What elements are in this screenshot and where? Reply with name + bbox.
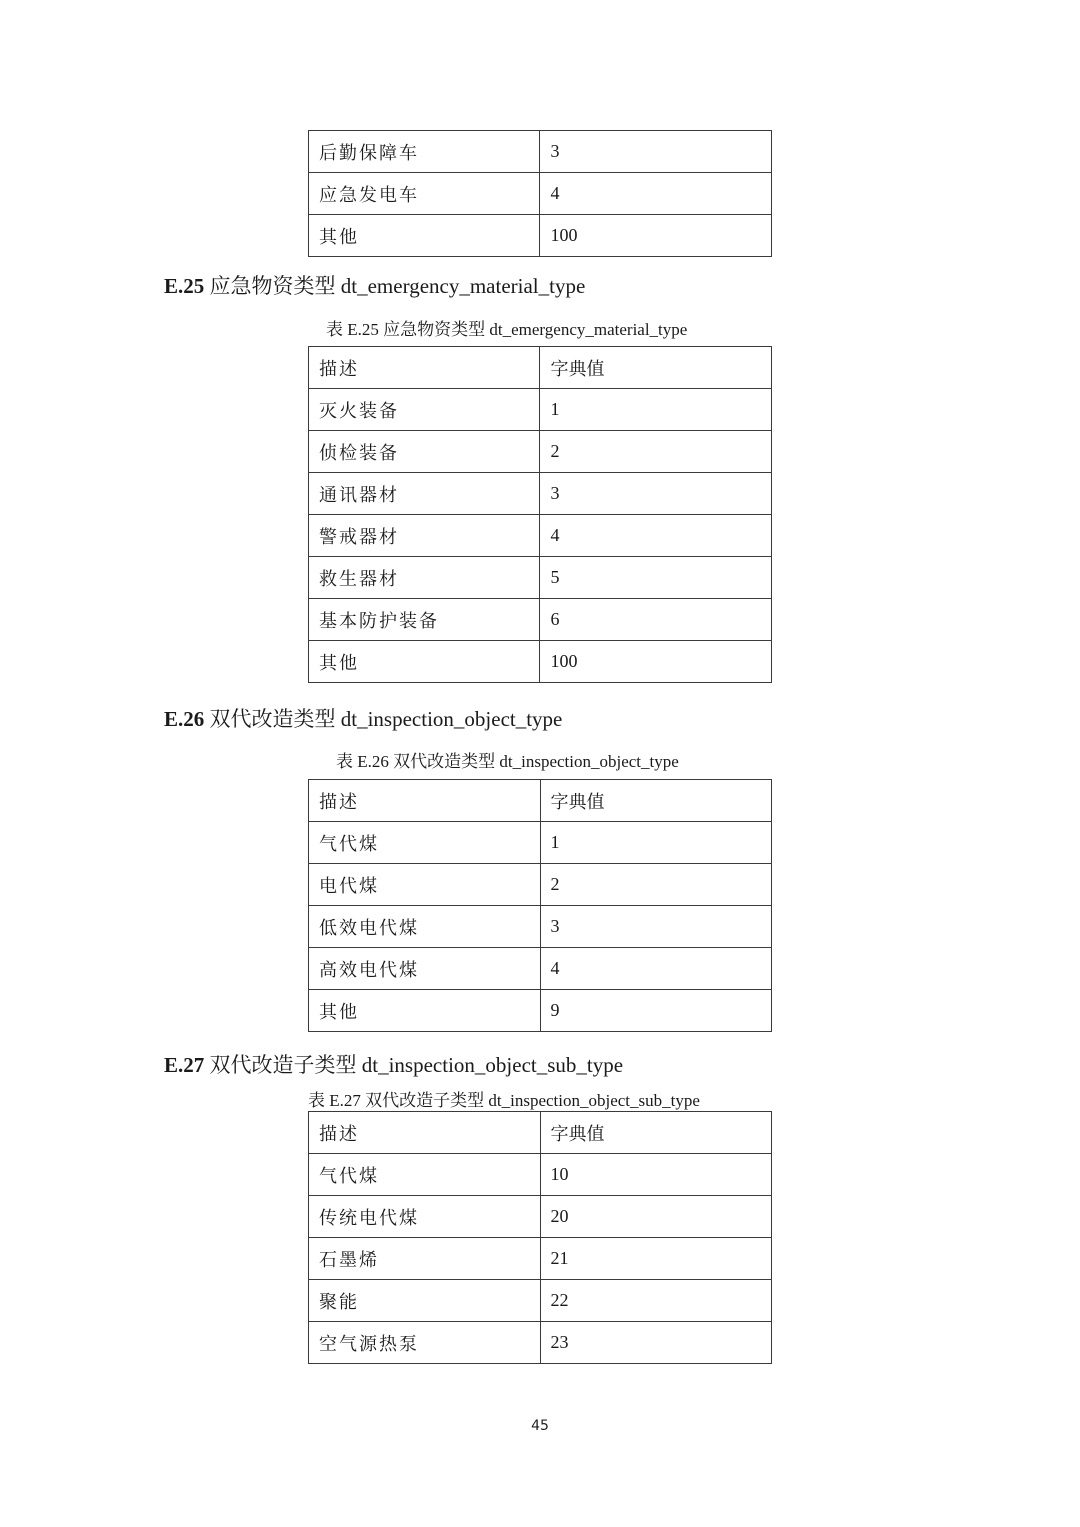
cell-value: 4 — [540, 515, 772, 557]
continued-table: 后勤保障车3 应急发电车4 其他100 — [308, 130, 772, 257]
cell-value: 100 — [540, 215, 772, 257]
table-row: 其他9 — [309, 990, 772, 1032]
table-header-row: 描述字典值 — [309, 780, 772, 822]
cell-value: 21 — [540, 1238, 772, 1280]
cell-desc: 警戒器材 — [309, 515, 540, 557]
table-row: 聚能22 — [309, 1280, 772, 1322]
cell-desc: 救生器材 — [309, 557, 540, 599]
cell-desc: 传统电代煤 — [309, 1196, 541, 1238]
cell-desc: 电代煤 — [309, 864, 541, 906]
section-heading-e25: E.25 应急物资类型 dt_emergency_material_type — [164, 270, 585, 300]
page-number: 45 — [0, 1418, 1080, 1434]
table-row: 气代煤10 — [309, 1154, 772, 1196]
cell-desc: 应急发电车 — [309, 173, 540, 215]
cell-value: 1 — [540, 822, 772, 864]
table-row: 高效电代煤4 — [309, 948, 772, 990]
table-row: 低效电代煤3 — [309, 906, 772, 948]
table-row: 石墨烯21 — [309, 1238, 772, 1280]
cell-desc: 高效电代煤 — [309, 948, 541, 990]
section-title: 应急物资类型 dt_emergency_material_type — [210, 274, 586, 298]
table-row: 气代煤1 — [309, 822, 772, 864]
cell-value: 2 — [540, 431, 772, 473]
header-value: 字典值 — [540, 780, 772, 822]
table-caption-e27: 表 E.27 双代改造子类型 dt_inspection_object_sub_… — [308, 1086, 700, 1111]
cell-value: 20 — [540, 1196, 772, 1238]
cell-value: 3 — [540, 906, 772, 948]
cell-desc: 低效电代煤 — [309, 906, 541, 948]
cell-desc: 气代煤 — [309, 1154, 541, 1196]
table-row: 应急发电车4 — [309, 173, 772, 215]
cell-desc: 气代煤 — [309, 822, 541, 864]
cell-value: 9 — [540, 990, 772, 1032]
cell-value: 100 — [540, 641, 772, 683]
table-row: 后勤保障车3 — [309, 131, 772, 173]
section-number: E.27 — [164, 1053, 204, 1077]
table-row: 传统电代煤20 — [309, 1196, 772, 1238]
header-desc: 描述 — [309, 1112, 541, 1154]
header-value: 字典值 — [540, 347, 772, 389]
cell-desc: 空气源热泵 — [309, 1322, 541, 1364]
cell-value: 4 — [540, 173, 772, 215]
cell-desc: 其他 — [309, 641, 540, 683]
cell-desc: 灭火装备 — [309, 389, 540, 431]
table-row: 基本防护装备6 — [309, 599, 772, 641]
table-row: 电代煤2 — [309, 864, 772, 906]
cell-value: 3 — [540, 473, 772, 515]
header-desc: 描述 — [309, 347, 540, 389]
table-e27: 描述字典值 气代煤10 传统电代煤20 石墨烯21 聚能22 空气源热泵23 — [308, 1111, 772, 1364]
section-number: E.26 — [164, 707, 204, 731]
cell-desc: 通讯器材 — [309, 473, 540, 515]
table-caption-e25: 表 E.25 应急物资类型 dt_emergency_material_type — [326, 315, 687, 340]
cell-value: 1 — [540, 389, 772, 431]
cell-desc: 其他 — [309, 990, 541, 1032]
table-header-row: 描述字典值 — [309, 347, 772, 389]
cell-value: 2 — [540, 864, 772, 906]
table-row: 空气源热泵23 — [309, 1322, 772, 1364]
section-number: E.25 — [164, 274, 204, 298]
table-e25: 描述字典值 灭火装备1 侦检装备2 通讯器材3 警戒器材4 救生器材5 基本防护… — [308, 346, 772, 683]
section-heading-e26: E.26 双代改造类型 dt_inspection_object_type — [164, 703, 562, 733]
table-header-row: 描述字典值 — [309, 1112, 772, 1154]
cell-value: 23 — [540, 1322, 772, 1364]
table-row: 其他100 — [309, 215, 772, 257]
table-row: 通讯器材3 — [309, 473, 772, 515]
table-row: 救生器材5 — [309, 557, 772, 599]
header-value: 字典值 — [540, 1112, 772, 1154]
cell-desc: 后勤保障车 — [309, 131, 540, 173]
section-heading-e27: E.27 双代改造子类型 dt_inspection_object_sub_ty… — [164, 1049, 623, 1079]
cell-desc: 聚能 — [309, 1280, 541, 1322]
cell-value: 6 — [540, 599, 772, 641]
cell-desc: 其他 — [309, 215, 540, 257]
header-desc: 描述 — [309, 780, 541, 822]
table-e26: 描述字典值 气代煤1 电代煤2 低效电代煤3 高效电代煤4 其他9 — [308, 779, 772, 1032]
table-row: 其他100 — [309, 641, 772, 683]
table-row: 灭火装备1 — [309, 389, 772, 431]
cell-desc: 侦检装备 — [309, 431, 540, 473]
cell-desc: 基本防护装备 — [309, 599, 540, 641]
cell-desc: 石墨烯 — [309, 1238, 541, 1280]
table-row: 侦检装备2 — [309, 431, 772, 473]
cell-value: 10 — [540, 1154, 772, 1196]
section-title: 双代改造类型 dt_inspection_object_type — [210, 707, 563, 731]
cell-value: 22 — [540, 1280, 772, 1322]
section-title: 双代改造子类型 dt_inspection_object_sub_type — [210, 1053, 624, 1077]
table-row: 警戒器材4 — [309, 515, 772, 557]
table-caption-e26: 表 E.26 双代改造类型 dt_inspection_object_type — [336, 747, 679, 772]
cell-value: 5 — [540, 557, 772, 599]
cell-value: 4 — [540, 948, 772, 990]
cell-value: 3 — [540, 131, 772, 173]
